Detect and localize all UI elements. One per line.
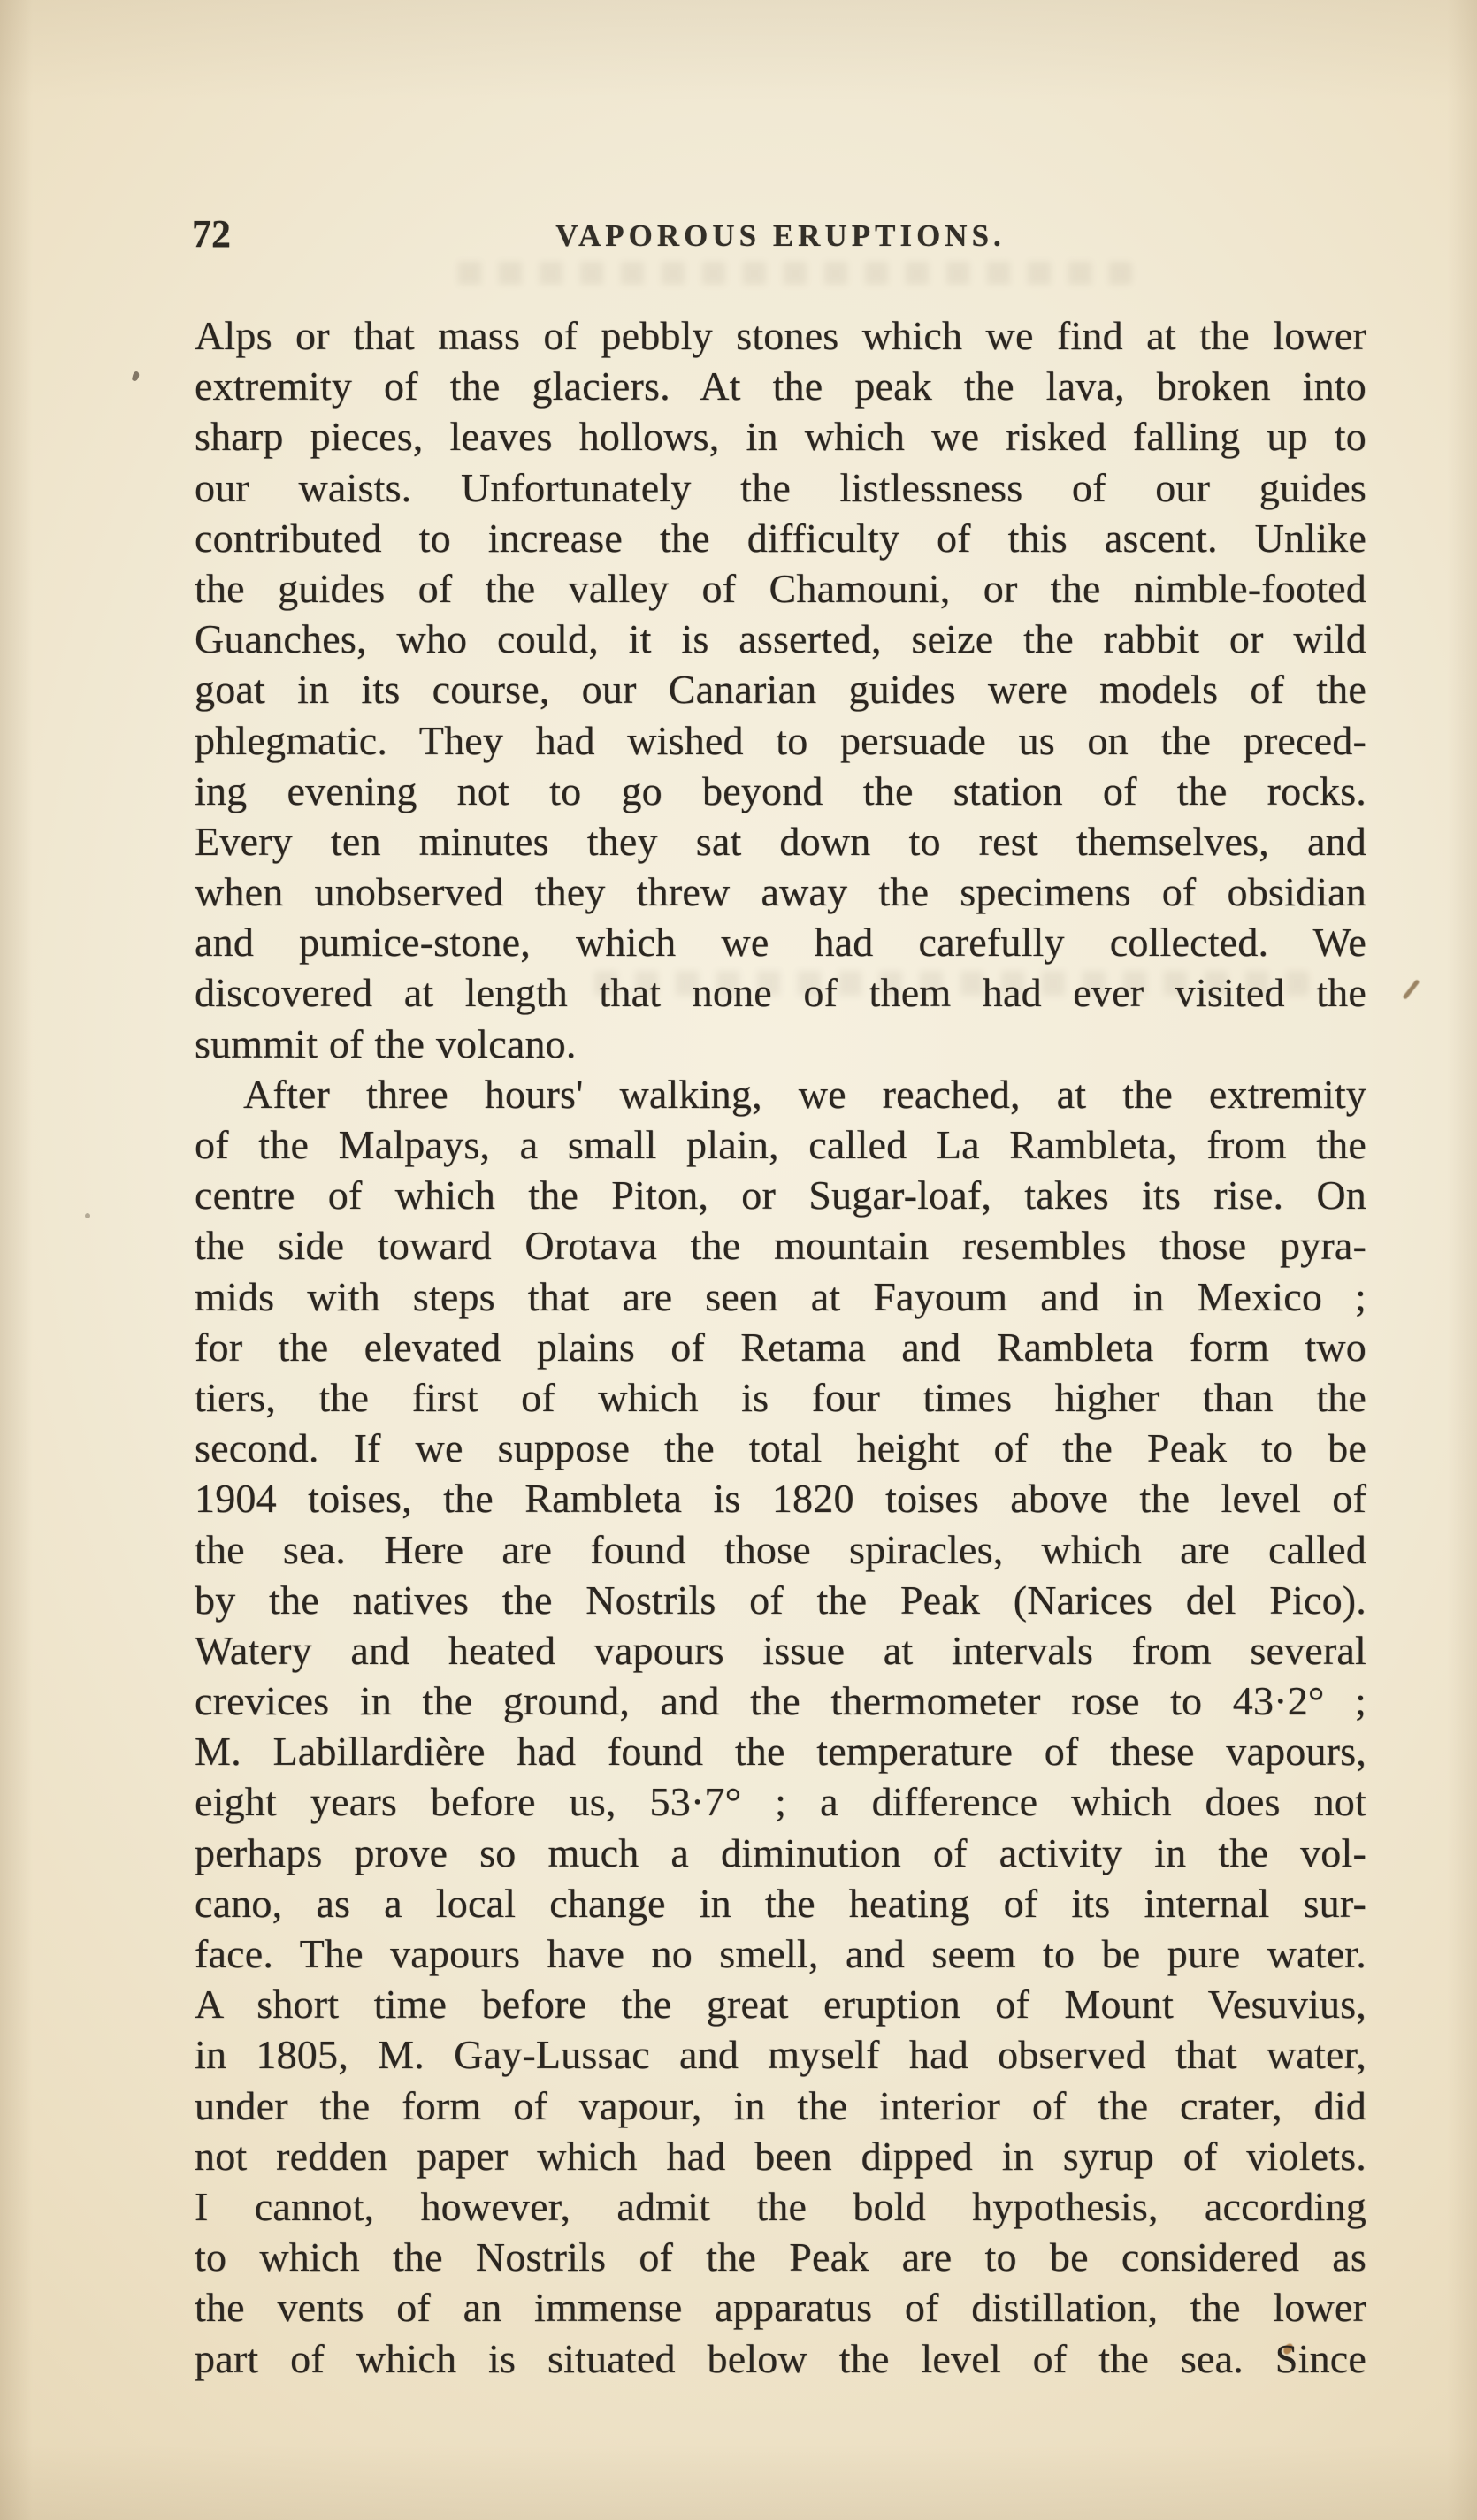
text-line: tiers, the first of which is four times … [195, 1372, 1366, 1423]
text-line-paragraph-end: summit of the volcano. [195, 1019, 1366, 1069]
book-page: 72 VAPOROUS ERUPTIONS. Alps or that mass… [0, 0, 1477, 2520]
text-line: mids with steps that are seen at Fayoum … [195, 1271, 1366, 1322]
text-line: part of which is situated below the leve… [195, 2333, 1366, 2384]
text-line: Guanches, who could, it is asserted, sei… [195, 614, 1366, 664]
text-line: not redden paper which had been dipped i… [195, 2131, 1366, 2181]
text-line: and pumice-stone, which we had carefully… [195, 917, 1366, 967]
ink-speck [1403, 979, 1420, 1000]
text-line: by the natives the Nostrils of the Peak … [195, 1575, 1366, 1625]
text-line: goat in its course, our Canarian guides … [195, 664, 1366, 714]
bleed-through-artifact [442, 262, 1132, 285]
text-line: face. The vapours have no smell, and see… [195, 1928, 1366, 1979]
text-line: Alps or that mass of pebbly stones which… [195, 310, 1366, 361]
text-line: eight years before us, 53·7° ; a differe… [195, 1776, 1366, 1827]
text-line: the vents of an immense apparatus of dis… [195, 2282, 1366, 2333]
text-line: crevices in the ground, and the thermome… [195, 1676, 1366, 1726]
text-line: extremity of the glaciers. At the peak t… [195, 361, 1366, 411]
text-line: contributed to increase the difficulty o… [195, 513, 1366, 563]
text-line: sharp pieces, leaves hollows, in which w… [195, 411, 1366, 462]
text-line: the sea. Here are found those spiracles,… [195, 1524, 1366, 1575]
text-line: for the elevated plains of Retama and Ra… [195, 1322, 1366, 1372]
text-line: under the form of vapour, in the interio… [195, 2081, 1366, 2131]
text-line: A short time before the great eruption o… [195, 1979, 1366, 2029]
text-line-paragraph-start: After three hours' walking, we reached, … [195, 1069, 1366, 1119]
text-line: discovered at length that none of them h… [195, 967, 1366, 1018]
text-line: in 1805, M. Gay-Lussac and myself had ob… [195, 2029, 1366, 2080]
text-line: our waists. Unfortunately the listlessne… [195, 462, 1366, 513]
text-line: cano, as a local change in the heating o… [195, 1878, 1366, 1928]
text-line: the side toward Orotava the mountain res… [195, 1220, 1366, 1271]
ink-speck [85, 1213, 90, 1218]
text-line: when unobserved they threw away the spec… [195, 867, 1366, 917]
text-line: ing evening not to go beyond the station… [195, 766, 1366, 816]
text-line: centre of which the Piton, or Sugar-loaf… [195, 1170, 1366, 1220]
text-line: M. Labillardière had found the temperatu… [195, 1726, 1366, 1776]
text-line: to which the Nostrils of the Peak are to… [195, 2232, 1366, 2282]
text-line: the guides of the valley of Chamouni, or… [195, 563, 1366, 614]
running-head: VAPOROUS ERUPTIONS. [195, 220, 1366, 251]
body-text: Alps or that mass of pebbly stones which… [195, 310, 1366, 2384]
text-line: 1904 toises, the Rambleta is 1820 toises… [195, 1473, 1366, 1523]
text-line: phlegmatic. They had wished to persuade … [195, 715, 1366, 766]
text-line: I cannot, however, admit the bold hypoth… [195, 2181, 1366, 2232]
text-line: Every ten minutes they sat down to rest … [195, 816, 1366, 867]
ink-speck [132, 370, 140, 381]
text-line: Watery and heated vapours issue at inter… [195, 1625, 1366, 1676]
text-line: perhaps prove so much a diminution of ac… [195, 1828, 1366, 1878]
text-line: of the Malpays, a small plain, called La… [195, 1119, 1366, 1170]
text-line: second. If we suppose the total height o… [195, 1423, 1366, 1473]
